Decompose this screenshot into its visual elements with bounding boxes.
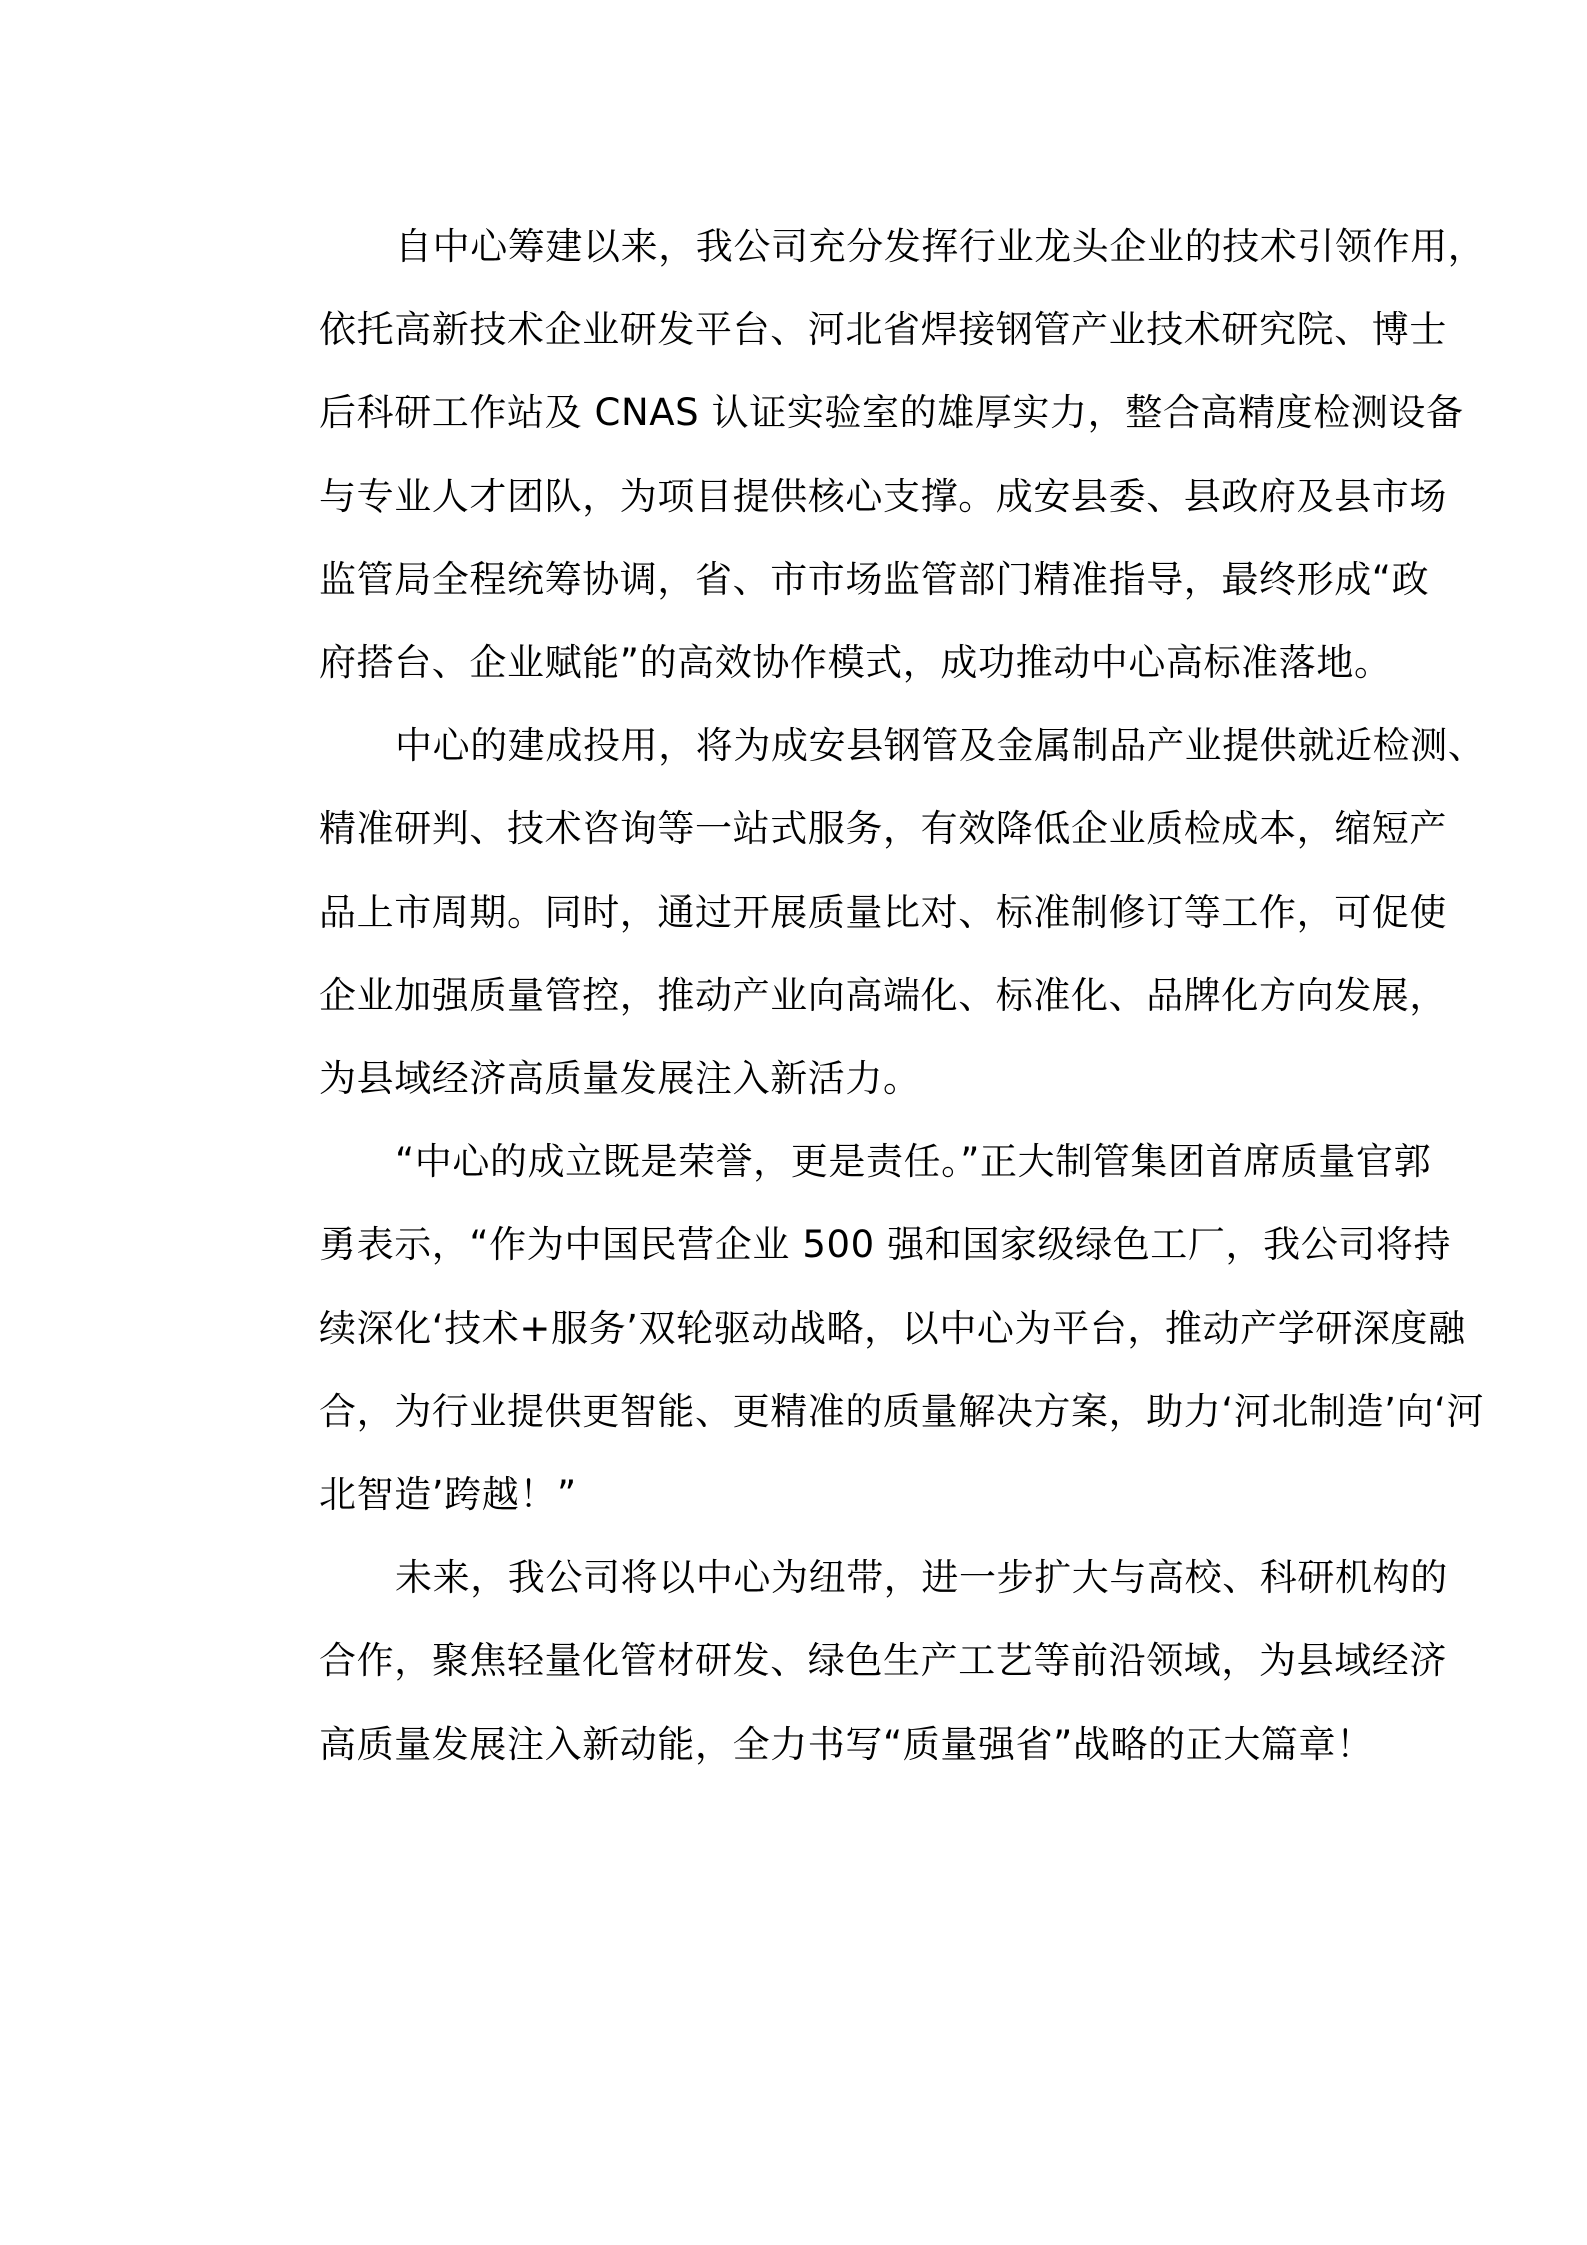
- text-line: 精准研判、技术咨询等一站式服务，有效降低企业质检成本，缩短产: [243, 787, 1363, 870]
- paragraph-future: 未来，我公司将以中心为纽带，进一步扩大与高校、科研机构的 合作，聚焦轻量化管材研…: [243, 1536, 1363, 1786]
- text-line: 后科研工作站及 CNAS 认证实验室的雄厚实力，整合高精度检测设备: [243, 371, 1363, 454]
- text-line: 为县域经济高质量发展注入新活力。: [243, 1037, 1363, 1120]
- text-line: 监管局全程统筹协调，省、市市场监管部门精准指导，最终形成“政: [243, 538, 1363, 621]
- text-line: 北智造’跨越！”: [243, 1453, 1363, 1536]
- paragraph-center-construction: 自中心筹建以来，我公司充分发挥行业龙头企业的技术引领作用， 依托高新技术企业研发…: [243, 205, 1363, 704]
- text-line: 未来，我公司将以中心为纽带，进一步扩大与高校、科研机构的: [243, 1536, 1363, 1619]
- document-page: 自中心筹建以来，我公司充分发挥行业龙头企业的技术引领作用， 依托高新技术企业研发…: [243, 205, 1363, 1786]
- text-line: 中心的建成投用，将为成安县钢管及金属制品产业提供就近检测、: [243, 704, 1363, 787]
- paragraph-quote: “中心的成立既是荣誉，更是责任。”正大制管集团首席质量官郭 勇表示，“作为中国民…: [243, 1120, 1363, 1536]
- text-line: “中心的成立既是荣誉，更是责任。”正大制管集团首席质量官郭: [243, 1120, 1363, 1203]
- text-line: 勇表示，“作为中国民营企业 500 强和国家级绿色工厂，我公司将持: [243, 1203, 1363, 1286]
- text-line: 续深化‘技术+服务’双轮驱动战略，以中心为平台，推动产学研深度融: [243, 1287, 1363, 1370]
- paragraph-center-services: 中心的建成投用，将为成安县钢管及金属制品产业提供就近检测、 精准研判、技术咨询等…: [243, 704, 1363, 1120]
- text-line: 自中心筹建以来，我公司充分发挥行业龙头企业的技术引领作用，: [243, 205, 1363, 288]
- text-line: 与专业人才团队，为项目提供核心支撑。成安县委、县政府及县市场: [243, 455, 1363, 538]
- text-line: 合，为行业提供更智能、更精准的质量解决方案，助力‘河北制造’向‘河: [243, 1370, 1363, 1453]
- text-line: 合作，聚焦轻量化管材研发、绿色生产工艺等前沿领域，为县域经济: [243, 1619, 1363, 1702]
- text-line: 府搭台、企业赋能”的高效协作模式，成功推动中心高标准落地。: [243, 621, 1363, 704]
- text-line: 高质量发展注入新动能，全力书写“质量强省”战略的正大篇章！: [243, 1703, 1363, 1786]
- text-line: 依托高新技术企业研发平台、河北省焊接钢管产业技术研究院、博士: [243, 288, 1363, 371]
- text-line: 品上市周期。同时，通过开展质量比对、标准制修订等工作，可促使: [243, 871, 1363, 954]
- text-line: 企业加强质量管控，推动产业向高端化、标准化、品牌化方向发展，: [243, 954, 1363, 1037]
